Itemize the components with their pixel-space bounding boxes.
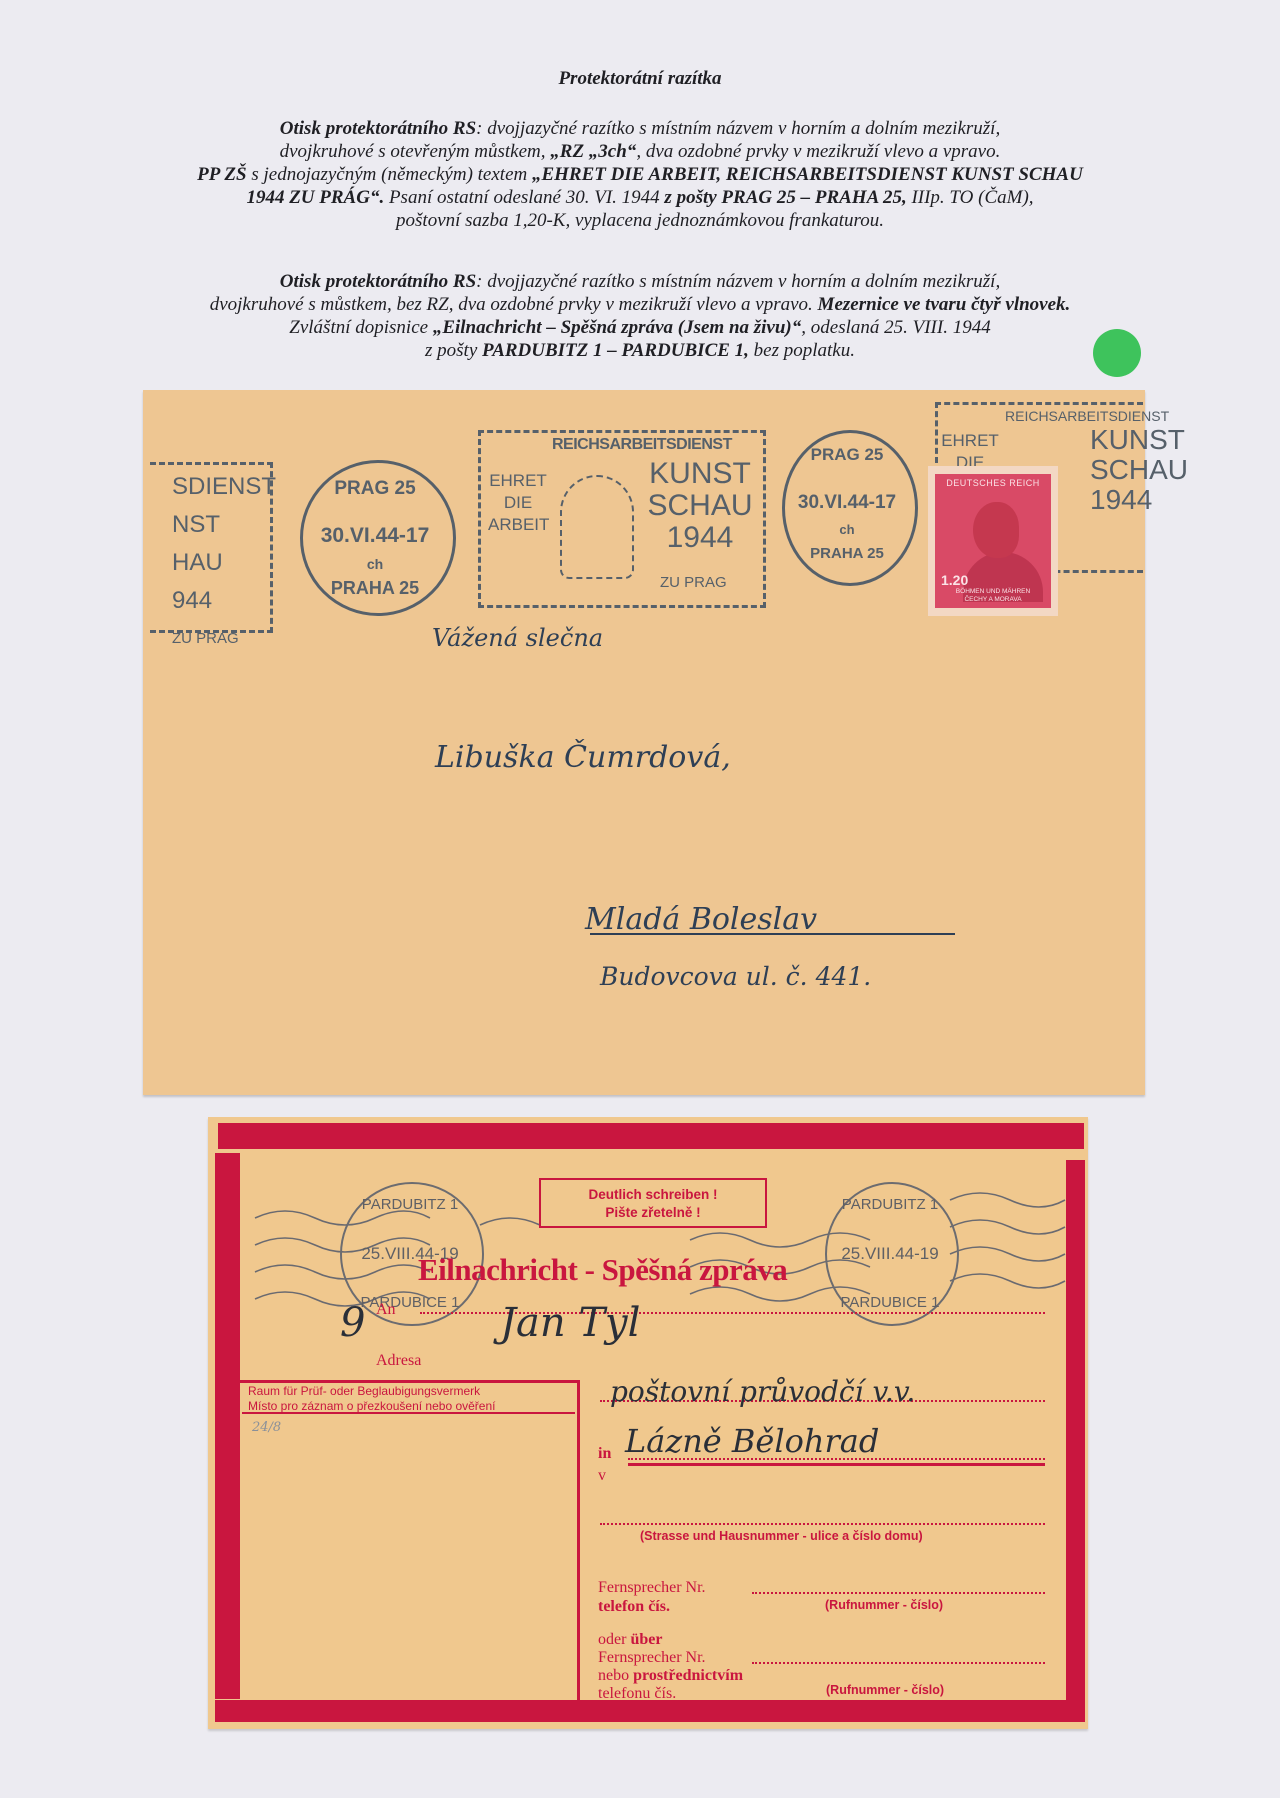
ueber-label: über (630, 1631, 662, 1648)
phone1-note: (Rufnummer - číslo) (825, 1598, 943, 1612)
phone1-label: Fernsprecher Nr. (598, 1578, 706, 1597)
street-line[interactable] (600, 1523, 1045, 1525)
postmark-bottom-text: PARDUBICE 1 (825, 1294, 955, 1311)
label-adresa: Adresa (376, 1351, 421, 1370)
oder-ueber: oder über (598, 1630, 662, 1649)
verification-line: Raum für Prüf- oder Beglaubigungsvermerk (248, 1384, 569, 1399)
oder-label: oder (598, 1631, 626, 1648)
handwritten-number: 9 (340, 1300, 365, 1346)
verification-header: Raum für Prüf- oder Beglaubigungsvermerk… (242, 1382, 575, 1414)
phone2-line[interactable] (752, 1662, 1045, 1664)
label-an: An (376, 1300, 396, 1319)
label-in: in (598, 1444, 611, 1463)
handwritten-title: poštovní průvodčí v.v. (610, 1375, 915, 1408)
verification-box (240, 1380, 580, 1703)
hint-line: Pište zřetelně ! (541, 1204, 765, 1222)
city-underline (628, 1463, 1045, 1466)
card-title: Eilnachricht - Spěšná zpráva (418, 1252, 787, 1288)
verification-note: 24/8 (252, 1420, 281, 1435)
phone1-line[interactable] (752, 1592, 1045, 1594)
postmark-date: 25.VIII.44-19 (825, 1244, 955, 1264)
phone2-label: Fernsprecher Nr. (598, 1648, 706, 1667)
postmark-top-text: PARDUBITZ 1 (825, 1196, 955, 1213)
prostrednictvim-label: prostřednictvím (633, 1667, 743, 1684)
handwritten-city: Lázně Bělohrad (625, 1422, 879, 1460)
nebo-prostrednictvim: nebo prostřednictvím (598, 1666, 743, 1685)
hint-line: Deutlich schreiben ! (541, 1186, 765, 1204)
street-note: (Strasse und Hausnummer - ulice a číslo … (640, 1529, 923, 1543)
phone2-cz-label: telefonu čís. (598, 1684, 676, 1703)
nebo-label: nebo (598, 1667, 629, 1684)
verification-line: Místo pro záznam o přezkoušení nebo ověř… (248, 1399, 569, 1414)
postmark-top-text: PARDUBITZ 1 (340, 1196, 480, 1213)
label-v: v (598, 1466, 606, 1485)
handwritten-name: Jan Tyl (500, 1300, 640, 1346)
phone2-note: (Rufnummer - číslo) (826, 1683, 944, 1697)
phone1-cz-label: telefon čís. (598, 1597, 670, 1616)
write-clearly-box: Deutlich schreiben ! Pište zřetelně ! (539, 1178, 767, 1228)
